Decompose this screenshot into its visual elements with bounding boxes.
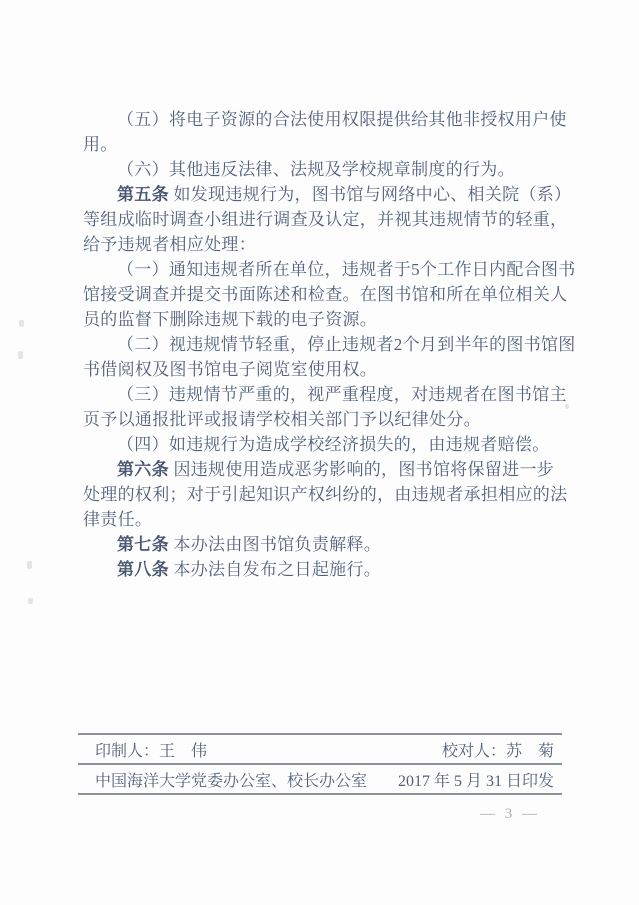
document-line: 页予以通报批评或报请学校相关部门予以纪律处分。 <box>83 407 573 432</box>
document-line: 第八条 本办法自发布之日起施行。 <box>83 557 573 582</box>
line-text: 律责任。 <box>83 510 152 529</box>
article-number: 第五条 <box>117 185 169 204</box>
document-line: 律责任。 <box>83 507 573 532</box>
page-number: — 3 — <box>480 806 540 823</box>
footer-row-printer: 印制人：王 伟 校对人：苏 菊 <box>78 735 562 765</box>
document-line: （五）将电子资源的合法使用权限提供给其他非授权用户使 <box>83 107 573 132</box>
document-line: 第五条 如发现违规行为，图书馆与网络中心、相关院（系） <box>83 182 573 207</box>
document-line: 员的监督下删除违规下载的电子资源。 <box>83 307 573 332</box>
document-line: 书借阅权及图书馆电子阅览室使用权。 <box>83 357 573 382</box>
scan-artifact <box>19 320 24 327</box>
document-line: （四）如违规行为造成学校经济损失的，由违规者赔偿。 <box>83 432 573 457</box>
issue-date: 2017 年 5 月 31 日印发 <box>398 768 554 791</box>
article-number: 第七条 <box>117 535 169 554</box>
line-text: 页予以通报批评或报请学校相关部门予以纪律处分。 <box>83 410 481 429</box>
line-text: 给予违规者相应处理： <box>83 235 256 254</box>
printer-info: 印制人：王 伟 <box>95 738 207 761</box>
line-text: 等组成临时调查小组进行调查及认定，并视其违规情节的轻重， <box>83 210 567 229</box>
document-line: 等组成临时调查小组进行调查及认定，并视其违规情节的轻重， <box>83 207 573 232</box>
line-text: 馆接受调查并提交书面陈述和检查。在图书馆和所在单位相关人 <box>83 285 567 304</box>
line-text: 本办法由图书馆负责解释。 <box>169 535 381 554</box>
scan-artifact <box>27 561 32 569</box>
proofreader-info: 校对人：苏 菊 <box>442 738 554 761</box>
line-text: 因违规使用造成恶劣影响的，图书馆将保留进一步 <box>169 460 554 479</box>
document-line: （六）其他违反法律、法规及学校规章制度的行为。 <box>83 157 573 182</box>
document-body: （五）将电子资源的合法使用权限提供给其他非授权用户使用。（六）其他违反法律、法规… <box>83 107 573 582</box>
document-line: 馆接受调查并提交书面陈述和检查。在图书馆和所在单位相关人 <box>83 282 573 307</box>
document-line: （二）视违规情节轻重，停止违规者2个月到半年的图书馆图 <box>83 332 573 357</box>
line-text: （五）将电子资源的合法使用权限提供给其他非授权用户使 <box>117 110 567 129</box>
line-text: 如发现违规行为，图书馆与网络中心、相关院（系） <box>169 185 571 204</box>
document-line: 处理的权利；对于引起知识产权纠纷的，由违规者承担相应的法 <box>83 482 573 507</box>
line-text: （六）其他违反法律、法规及学校规章制度的行为。 <box>117 160 515 179</box>
footer-table: 印制人：王 伟 校对人：苏 菊 中国海洋大学党委办公室、校长办公室 2017 年… <box>78 733 562 795</box>
document-page: （五）将电子资源的合法使用权限提供给其他非授权用户使用。（六）其他违反法律、法规… <box>0 0 639 905</box>
line-text: （二）视违规情节轻重，停止违规者2个月到半年的图书馆图 <box>117 335 576 354</box>
line-text: （一）通知违规者所在单位，违规者于5个工作日内配合图书 <box>117 260 576 279</box>
document-line: （三）违规情节严重的，视严重程度，对违规者在图书馆主 <box>83 382 573 407</box>
issuing-office: 中国海洋大学党委办公室、校长办公室 <box>95 768 367 791</box>
line-text: （四）如违规行为造成学校经济损失的，由违规者赔偿。 <box>117 435 550 454</box>
line-text: （三）违规情节严重的，视严重程度，对违规者在图书馆主 <box>117 385 567 404</box>
line-text: 处理的权利；对于引起知识产权纠纷的，由违规者承担相应的法 <box>83 485 567 504</box>
document-line: 第七条 本办法由图书馆负责解释。 <box>83 532 573 557</box>
article-number: 第八条 <box>117 560 169 579</box>
footer-row-issuer: 中国海洋大学党委办公室、校长办公室 2017 年 5 月 31 日印发 <box>78 765 562 795</box>
scan-artifact <box>18 351 23 359</box>
document-line: 第六条 因违规使用造成恶劣影响的，图书馆将保留进一步 <box>83 457 573 482</box>
line-text: 本办法自发布之日起施行。 <box>169 560 381 579</box>
line-text: 用。 <box>83 135 118 154</box>
document-line: 给予违规者相应处理： <box>83 232 573 257</box>
line-text: 书借阅权及图书馆电子阅览室使用权。 <box>83 360 377 379</box>
article-number: 第六条 <box>117 460 169 479</box>
line-text: 员的监督下删除违规下载的电子资源。 <box>83 310 377 329</box>
document-line: （一）通知违规者所在单位，违规者于5个工作日内配合图书 <box>83 257 573 282</box>
scan-artifact <box>28 598 33 604</box>
document-line: 用。 <box>83 132 573 157</box>
